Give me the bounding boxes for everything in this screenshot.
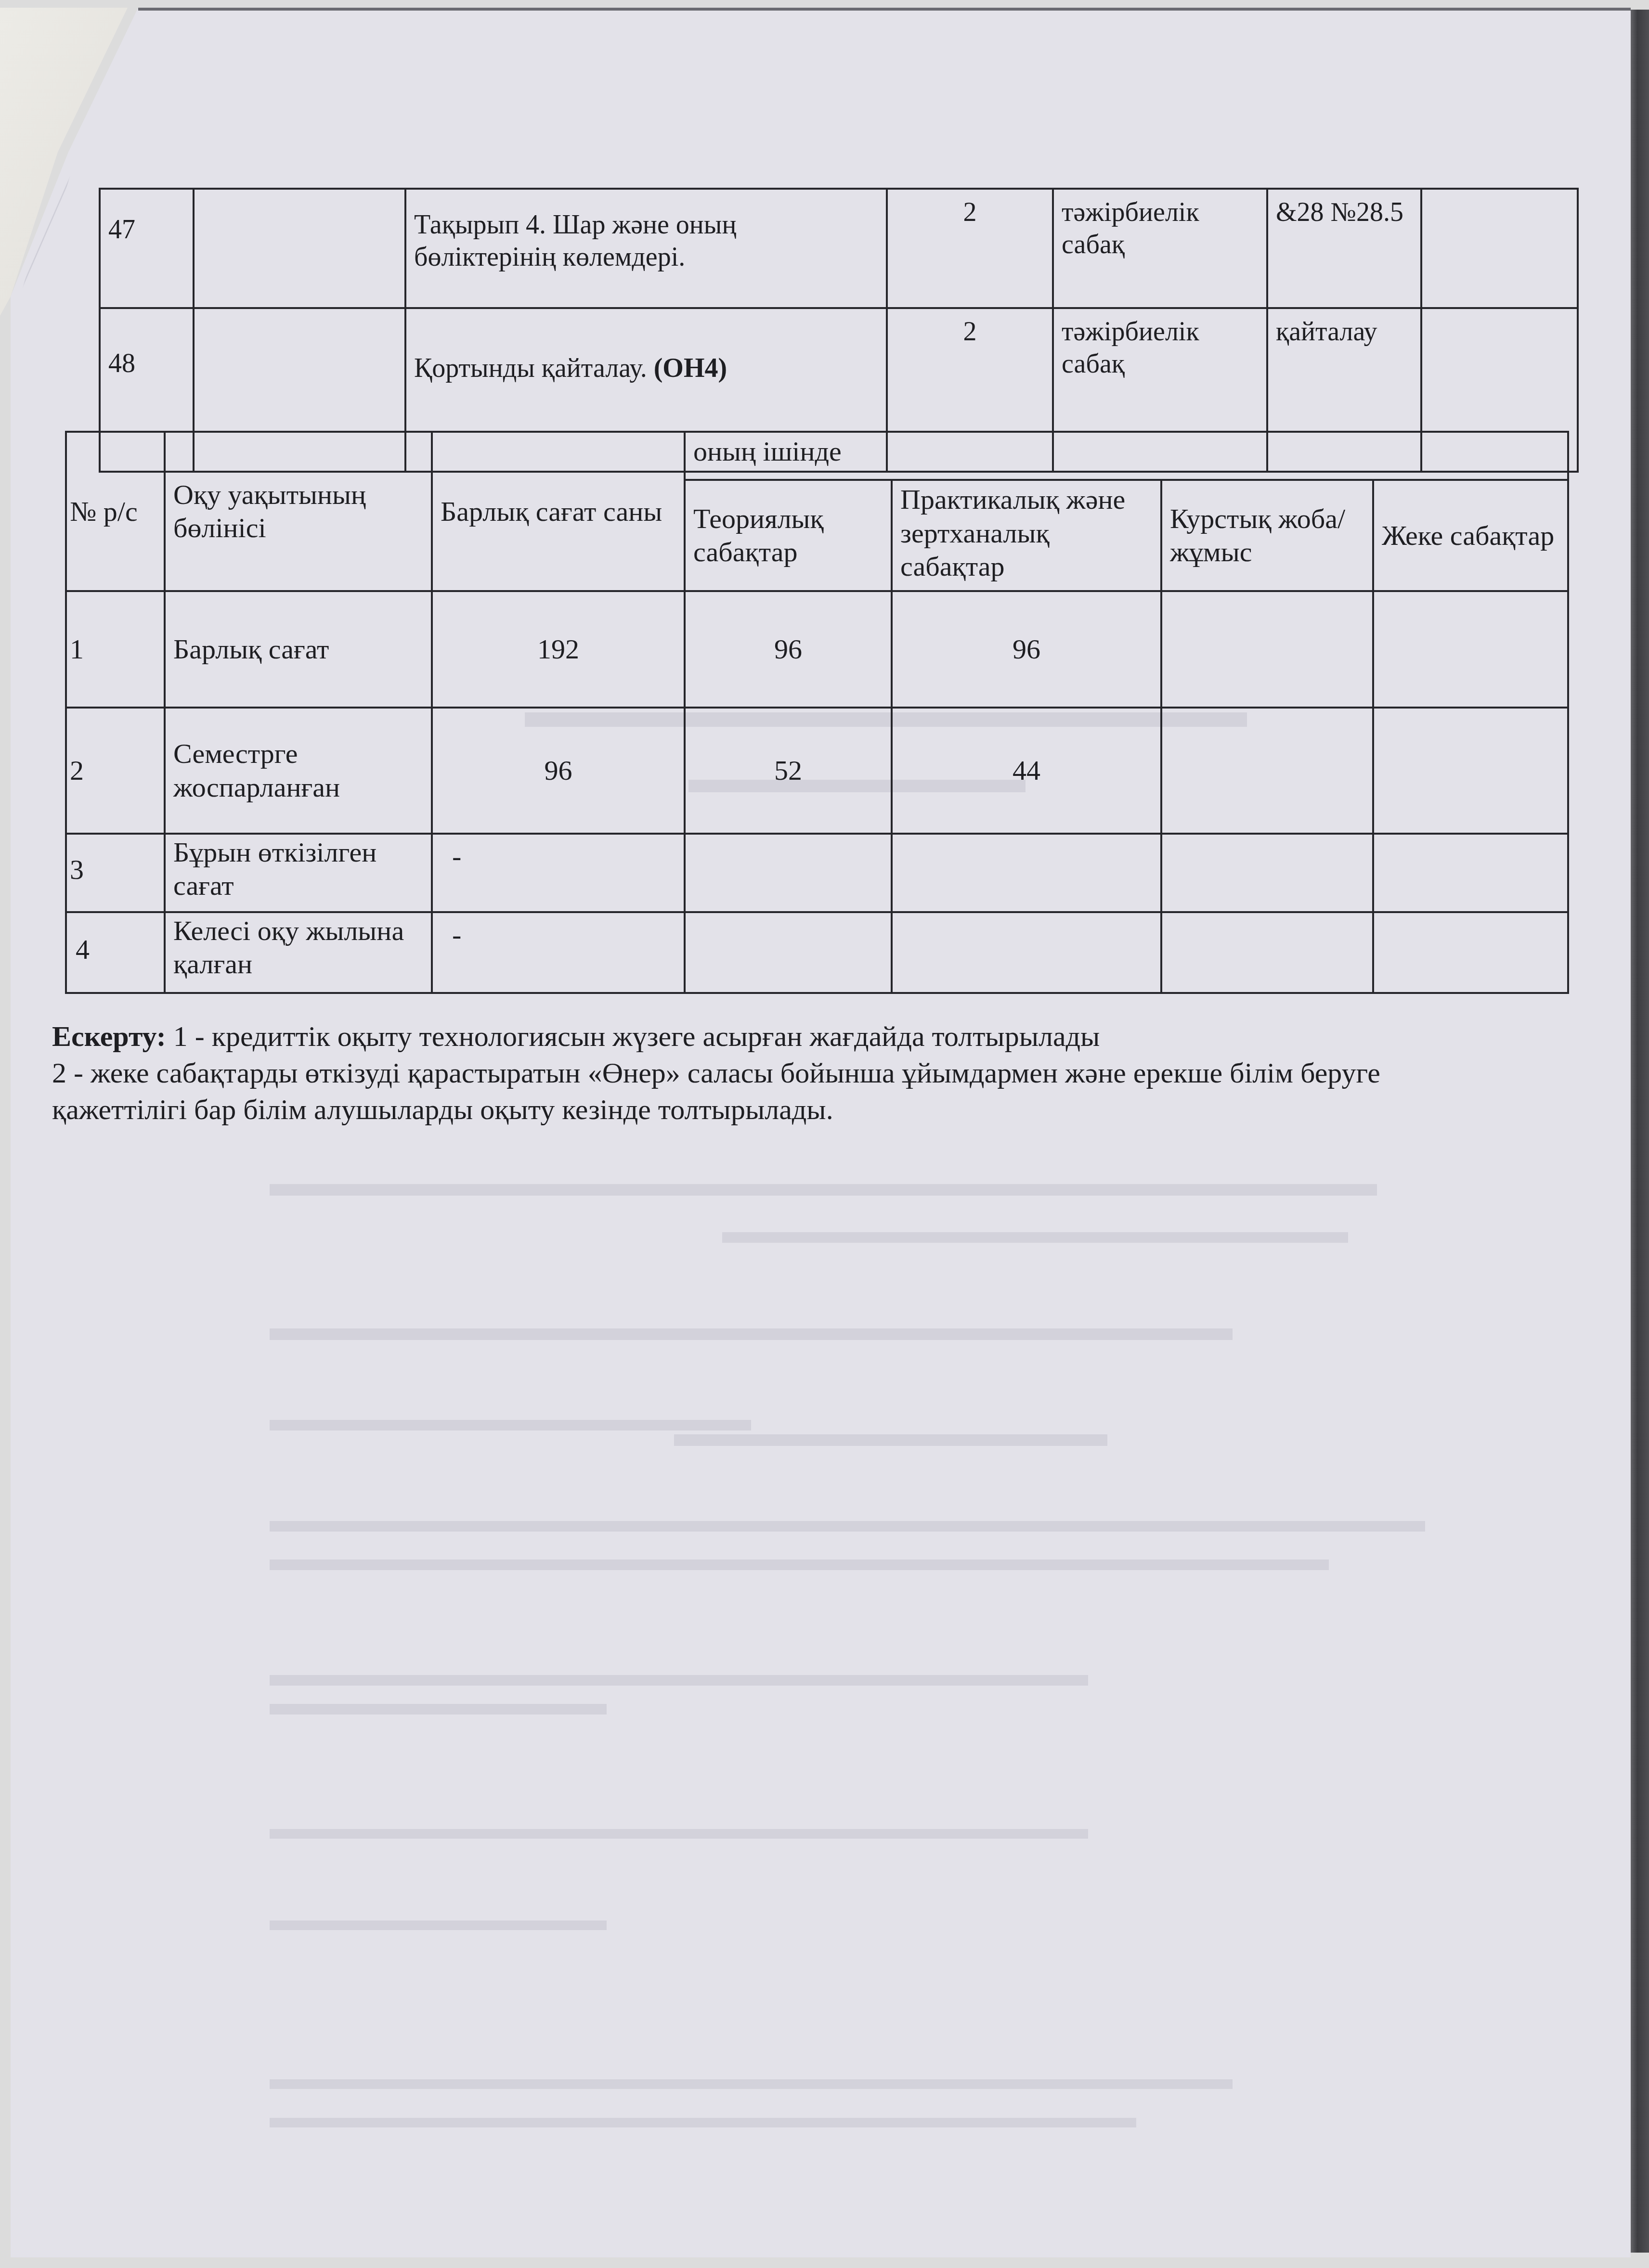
bleed-through-line — [270, 1420, 751, 1430]
row-course-project — [1161, 591, 1373, 708]
row-individual — [1373, 912, 1568, 993]
header-number: № р/с — [66, 432, 165, 591]
header-time-division: Оқу уақытының бөлінісі — [165, 432, 432, 591]
summary-row: 3 Бұрын өткізілген сағат - — [66, 834, 1568, 912]
header-course-project: Курстық жоба/жұмыс — [1161, 480, 1373, 591]
row-label: Семестрге жоспарланған — [165, 708, 432, 834]
summary-row: 1 Барлық сағат 192 96 96 — [66, 591, 1568, 708]
row-course-project — [1161, 912, 1373, 993]
bleed-through-line — [270, 2118, 1136, 2127]
row-total: - — [432, 834, 685, 912]
row-course-project — [1161, 834, 1373, 912]
footnote-1: Ескерту: 1 - кредиттік оқыту технологияс… — [52, 1018, 1641, 1055]
bleed-through-line — [270, 1521, 1425, 1532]
summary-row: 2 Семестрге жоспарланған 96 52 44 — [66, 708, 1568, 834]
row-practical: 96 — [892, 591, 1161, 708]
bleed-through-line — [270, 1704, 607, 1714]
hours-summary-table: № р/с Оқу уақытының бөлінісі Барлық саға… — [65, 431, 1569, 994]
row-total: - — [432, 912, 685, 993]
bleed-through-line — [270, 1675, 1088, 1686]
row-theory: 52 — [685, 708, 892, 834]
scanner-shadow — [1630, 10, 1649, 2253]
row-practical — [892, 912, 1161, 993]
header-individual: Жеке сабақтар — [1373, 480, 1568, 591]
row-theory — [685, 912, 892, 993]
row-label: Келесі оқу жылына қалған — [165, 912, 432, 993]
lesson-section — [194, 189, 405, 308]
footnote-2-continued: қажеттілігі бар білім алушыларды оқыту к… — [52, 1091, 1641, 1128]
row-number: 2 — [66, 708, 165, 834]
header-total-hours: Барлық сағат саны — [432, 432, 685, 591]
lesson-number: 47 — [100, 189, 194, 308]
lesson-note — [1421, 189, 1578, 308]
row-total: 96 — [432, 708, 685, 834]
header-row: № р/с Оқу уақытының бөлінісі Барлық саға… — [66, 432, 1568, 480]
row-number: 3 — [66, 834, 165, 912]
bleed-through-line — [270, 1920, 607, 1930]
row-total: 192 — [432, 591, 685, 708]
row-number: 1 — [66, 591, 165, 708]
lesson-hours: 2 — [887, 189, 1053, 308]
footnote-2: 2 - жеке сабақтарды өткізуді қарастыраты… — [52, 1055, 1641, 1091]
row-number: 4 — [66, 912, 165, 993]
bleed-through-line — [674, 1434, 1107, 1446]
row-practical — [892, 834, 1161, 912]
bleed-through-line — [270, 2079, 1233, 2089]
lesson-plan-table: 47 Тақырып 4. Шар және оның бөліктерінің… — [99, 188, 1579, 473]
summary-row: 4 Келесі оқу жылына қалған - — [66, 912, 1568, 993]
bleed-through-line — [270, 1328, 1233, 1340]
row-individual — [1373, 591, 1568, 708]
row-practical: 44 — [892, 708, 1161, 834]
header-practical: Практикалық және зертханалық сабақтар — [892, 480, 1161, 591]
page-top-edge — [138, 8, 1631, 11]
bleed-through-line — [270, 1829, 1088, 1839]
row-label: Бұрын өткізілген сағат — [165, 834, 432, 912]
lesson-topic: Тақырып 4. Шар және оның бөліктерінің кө… — [405, 189, 887, 308]
footnote-label: Ескерту: — [52, 1020, 166, 1052]
footnotes: Ескерту: 1 - кредиттік оқыту технологияс… — [52, 1018, 1641, 1128]
lesson-type: тәжірбиелік сабақ — [1053, 189, 1267, 308]
header-theory: Теориялық сабақтар — [685, 480, 892, 591]
bleed-through-line — [722, 1232, 1348, 1243]
bleed-through-line — [270, 1184, 1377, 1196]
row-label: Барлық сағат — [165, 591, 432, 708]
row-course-project — [1161, 708, 1373, 834]
lesson-row: 47 Тақырып 4. Шар және оның бөліктерінің… — [100, 189, 1578, 308]
bleed-through-line — [270, 1559, 1329, 1570]
row-individual — [1373, 708, 1568, 834]
row-theory — [685, 834, 892, 912]
lesson-reference: &28 №28.5 — [1267, 189, 1421, 308]
header-including: оның ішінде — [685, 432, 1568, 480]
row-individual — [1373, 834, 1568, 912]
row-theory: 96 — [685, 591, 892, 708]
